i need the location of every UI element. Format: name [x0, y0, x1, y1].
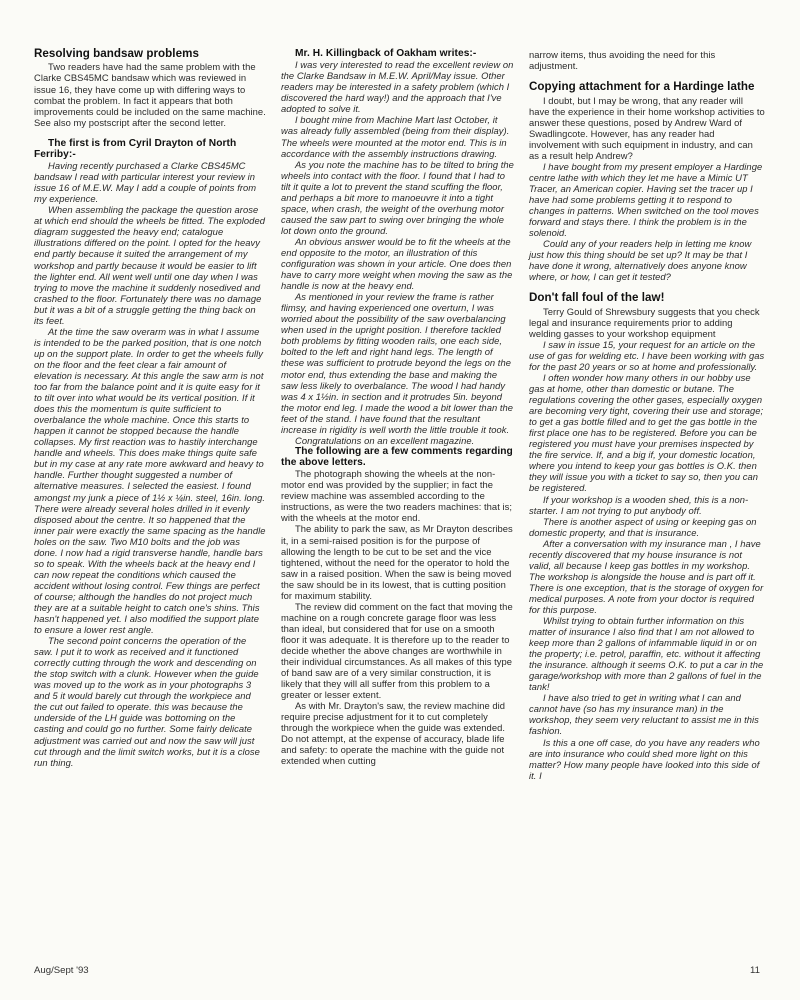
- issue-date: Aug/Sept '93: [34, 965, 89, 976]
- letter-paragraph: The second point concerns the operation …: [34, 635, 266, 768]
- article-title-law: Don't fall foul of the law!: [529, 292, 765, 304]
- letter-paragraph: An obvious answer would be to fit the wh…: [281, 236, 514, 291]
- letter-paragraph: I have also tried to get in writing what…: [529, 692, 765, 736]
- letter-paragraph: I saw in issue 15, your request for an a…: [529, 339, 765, 372]
- column-2: Mr. H. Killingback of Oakham writes:- I …: [281, 30, 514, 767]
- page-number: 11: [750, 965, 760, 976]
- magazine-page: Resolving bandsaw problems Two readers h…: [0, 0, 800, 1000]
- article-title-bandsaw: Resolving bandsaw problems: [34, 48, 266, 60]
- comment-paragraph-part: As with Mr. Drayton's saw, the review ma…: [281, 700, 505, 766]
- comment-paragraph: The photograph showing the wheels at the…: [281, 468, 514, 523]
- column-3: narrow items, thus avoiding the need for…: [529, 28, 765, 781]
- comments-heading: The following are a few comments regardi…: [281, 446, 514, 468]
- letter-heading-killingback: Mr. H. Killingback of Oakham writes:-: [281, 48, 514, 59]
- article-intro: Terry Gould of Shrewsbury suggests that …: [529, 306, 765, 339]
- article-intro: I doubt, but I may be wrong, that any re…: [529, 95, 765, 161]
- letter-paragraph: If your workshop is a wooden shed, this …: [529, 494, 765, 516]
- comment-paragraph: As with Mr. Drayton's saw, the review ma…: [281, 700, 514, 766]
- letter-paragraph: At the time the saw overarm was in what …: [34, 326, 266, 635]
- article-intro: Two readers have had the same problem wi…: [34, 61, 266, 127]
- letter-heading-drayton: The first is from Cyril Drayton of North…: [34, 138, 266, 160]
- comment-paragraph: The review did comment on the fact that …: [281, 601, 514, 700]
- comment-paragraph: The ability to park the saw, as Mr Drayt…: [281, 523, 514, 600]
- letter-paragraph: As mentioned in your review the frame is…: [281, 291, 514, 435]
- letter-paragraph: Whilst trying to obtain further informat…: [529, 615, 765, 692]
- letter-paragraph: After a conversation with my insurance m…: [529, 538, 765, 615]
- letter-paragraph: As you note the machine has to be tilted…: [281, 159, 514, 236]
- letter-paragraph: Is this a one off case, do you have any …: [529, 737, 765, 781]
- letter-paragraph: Could any of your readers help in lettin…: [529, 238, 765, 282]
- letter-paragraph: Congratulations on an excellent magazine…: [281, 435, 514, 446]
- column-1: Resolving bandsaw problems Two readers h…: [34, 48, 266, 768]
- letter-paragraph: When assembling the package the question…: [34, 204, 266, 326]
- letter-paragraph: I was very interested to read the excell…: [281, 59, 514, 114]
- article-title-hardinge: Copying attachment for a Hardinge lathe: [529, 81, 765, 93]
- letter-paragraph: I often wonder how many others in our ho…: [529, 372, 765, 494]
- letter-paragraph: I have bought from my present employer a…: [529, 161, 765, 238]
- continuation-text: narrow items, thus avoiding the need for…: [529, 49, 765, 71]
- letter-paragraph: I bought mine from Machine Mart last Oct…: [281, 114, 514, 158]
- letter-paragraph: Having recently purchased a Clarke CBS45…: [34, 160, 266, 204]
- letter-paragraph: There is another aspect of using or keep…: [529, 516, 765, 538]
